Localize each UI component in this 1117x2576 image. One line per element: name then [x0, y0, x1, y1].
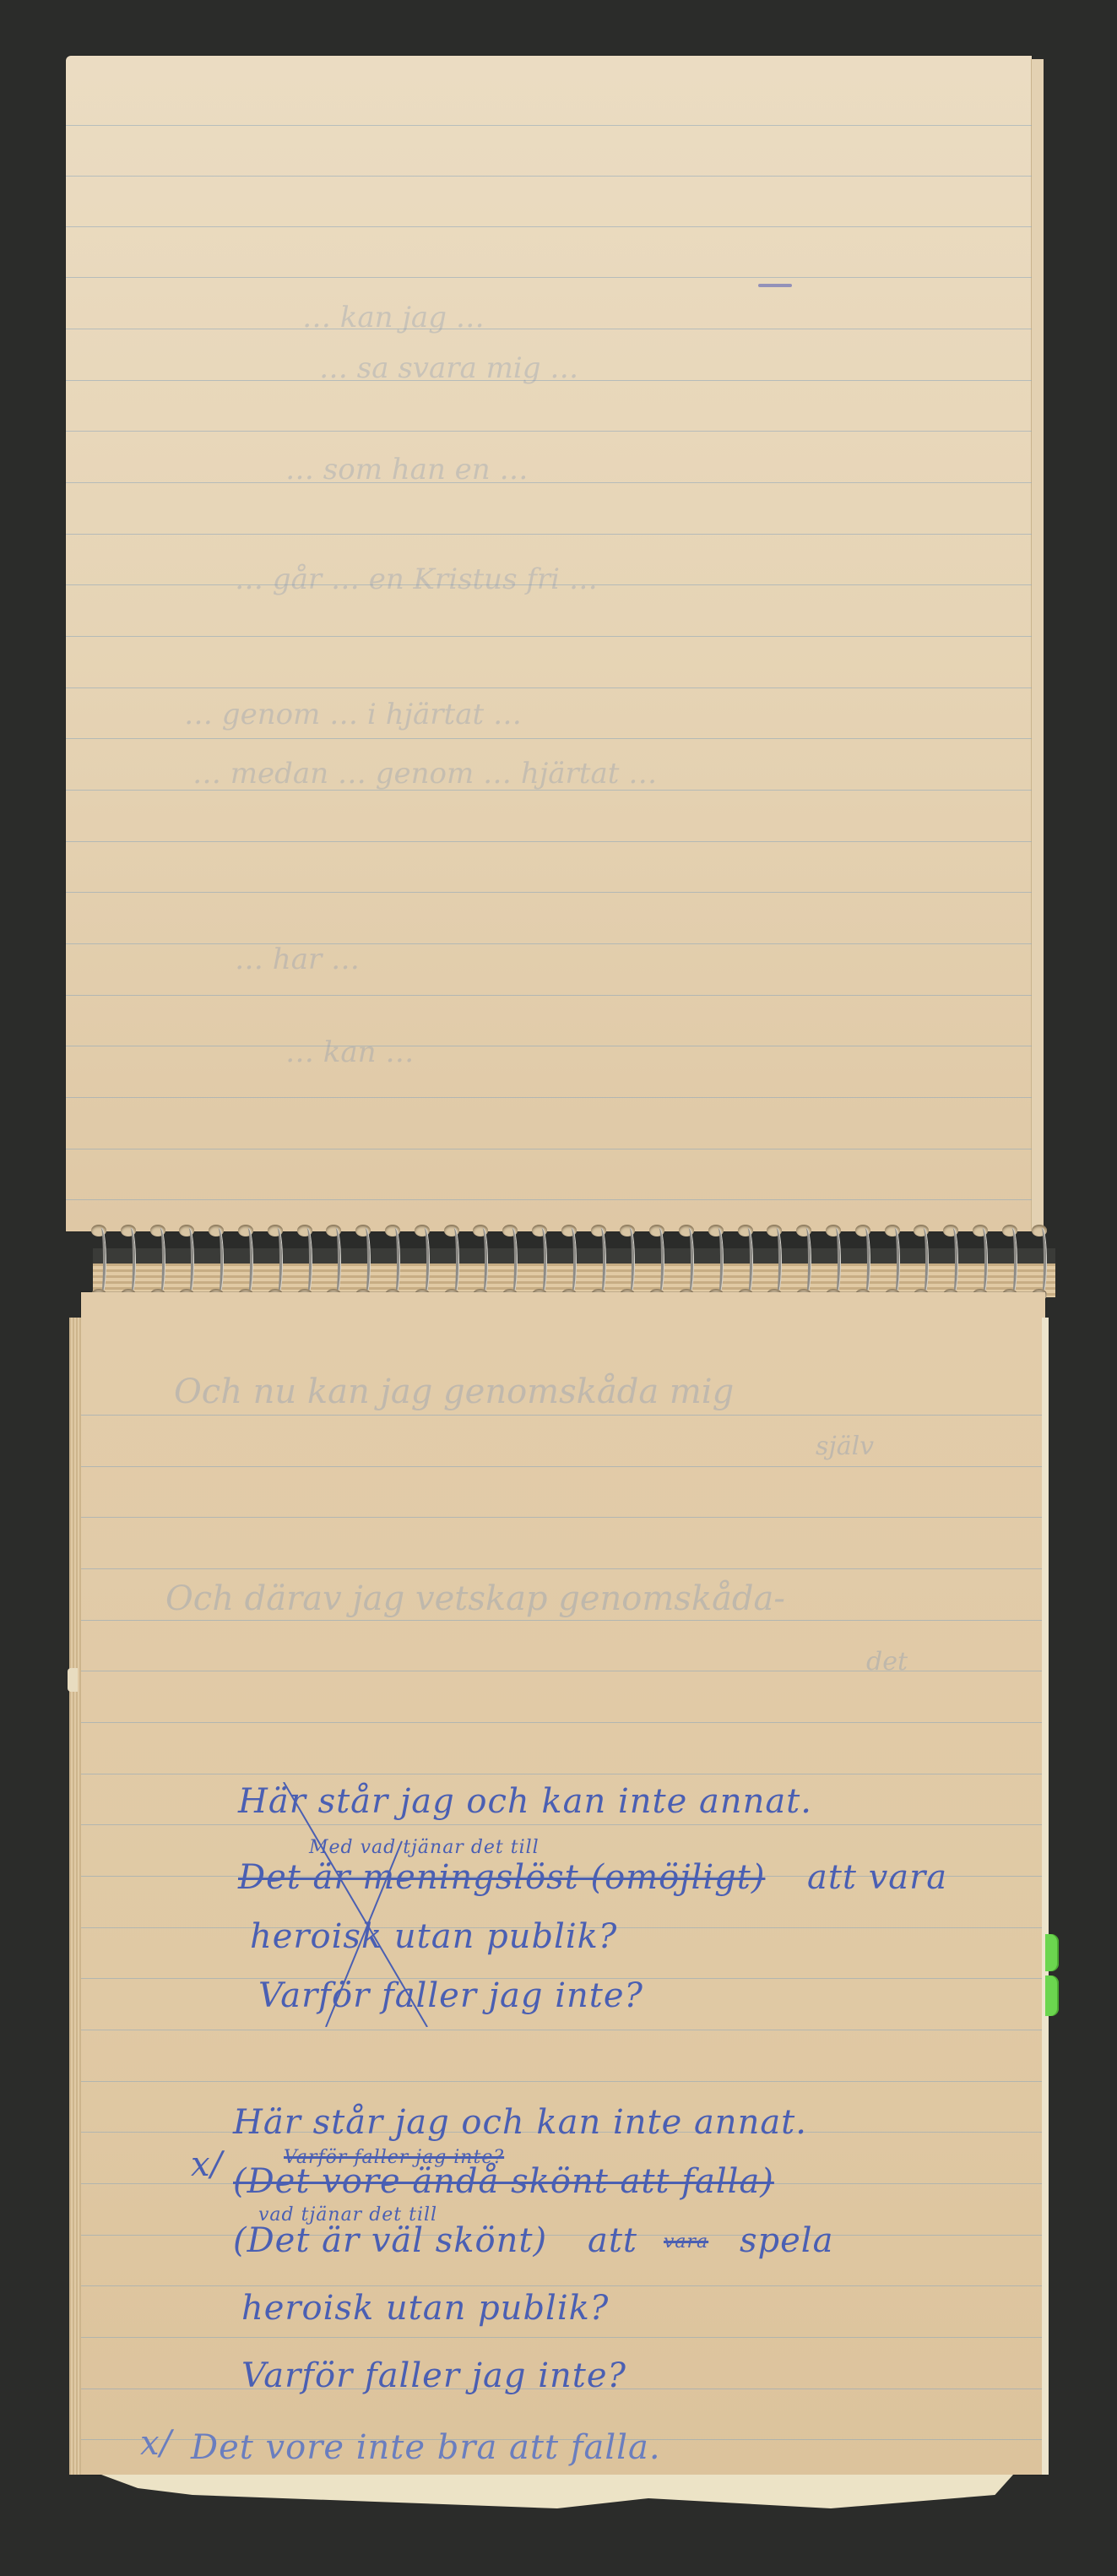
ruled-line — [66, 431, 1032, 432]
spiral-coil — [1006, 1223, 1017, 1299]
ghost-text-line: … kan … — [285, 1035, 414, 1069]
ruled-line — [81, 1774, 1045, 1774]
ruled-line — [66, 738, 1032, 739]
ink-smudge — [758, 284, 792, 287]
ghost-text-line: … medan … genom … hjärtat … — [192, 757, 657, 791]
ruled-line — [66, 176, 1032, 177]
top-notebook-page: … kan jag … … sa svara mig … … som han e… — [66, 56, 1032, 1231]
spiral-coil — [301, 1223, 312, 1299]
spiral-coil — [565, 1223, 577, 1299]
page-stack-edge — [1031, 59, 1044, 1231]
ruled-line — [66, 226, 1032, 227]
ruled-line — [66, 1097, 1032, 1098]
footnote-marker: x/ — [140, 2424, 172, 2463]
spiral-coil — [241, 1223, 253, 1299]
ruled-line — [66, 1149, 1032, 1149]
ruled-line — [81, 1415, 1045, 1416]
footnote-text: Det vore inte bra att falla. — [191, 2428, 661, 2467]
spiral-binding — [76, 1223, 1055, 1299]
spiral-coil — [623, 1223, 635, 1299]
ruled-line — [81, 2235, 1045, 2236]
draft-line: heroisk utan publik? — [241, 2289, 609, 2328]
spiral-coil — [741, 1223, 753, 1299]
ruled-line — [81, 1466, 1045, 1467]
spiral-coil — [682, 1223, 694, 1299]
draft-line: spela — [740, 2221, 833, 2260]
ruled-line — [81, 1722, 1045, 1723]
spiral-coil — [418, 1223, 430, 1299]
ruled-line — [66, 995, 1032, 996]
spiral-coil — [1035, 1223, 1047, 1299]
spiral-coil — [946, 1223, 958, 1299]
spiral-coil — [182, 1223, 194, 1299]
ruled-line — [66, 329, 1032, 329]
ruled-line — [66, 841, 1032, 842]
ruled-line — [81, 1824, 1045, 1825]
ghost-text-line: … har … — [235, 943, 360, 976]
ruled-line — [81, 1568, 1045, 1569]
ghost-text-line: … går … en Kristus fri … — [235, 562, 598, 596]
ruled-line — [66, 1199, 1032, 1200]
ruled-line — [81, 2285, 1045, 2286]
draft-line: Varför faller jag inte? — [241, 2356, 626, 2395]
ruled-line — [81, 2081, 1045, 2082]
ruled-line — [66, 277, 1032, 278]
ruled-line — [66, 534, 1032, 535]
spiral-coil — [476, 1223, 488, 1299]
spiral-coil — [770, 1223, 782, 1299]
ruled-line — [66, 636, 1032, 637]
spiral-coil — [800, 1223, 811, 1299]
ruled-line — [66, 943, 1032, 944]
ghost-text-line: … sa svara mig … — [319, 351, 578, 385]
spiral-coil — [447, 1223, 459, 1299]
spiral-coil — [976, 1223, 988, 1299]
pencil-text-line: Och nu kan jag genomskåda mig — [174, 1372, 734, 1411]
pencil-text-line: själv — [816, 1432, 874, 1461]
page-stack-edge — [69, 1318, 81, 2475]
page-stack-right — [1042, 1318, 1049, 2475]
footnote-marker: x/ — [191, 2145, 223, 2184]
ruled-line — [81, 1620, 1045, 1621]
spiral-coil — [329, 1223, 341, 1299]
spiral-coil — [859, 1223, 870, 1299]
draft-line: att — [588, 2221, 637, 2260]
ruled-line — [81, 2337, 1045, 2338]
ruled-line — [81, 1517, 1045, 1518]
ruled-line — [66, 1046, 1032, 1046]
draft-line: att vara — [807, 1858, 947, 1897]
ruled-line — [66, 482, 1032, 483]
ruled-line — [66, 892, 1032, 893]
spiral-coil — [388, 1223, 400, 1299]
spiral-coil — [653, 1223, 664, 1299]
spiral-coil — [917, 1223, 929, 1299]
bottom-notebook-page: Och nu kan jag genomskåda mig själv Och … — [81, 1292, 1045, 2475]
spiral-coil — [95, 1223, 106, 1299]
struck-text: vara — [664, 2231, 708, 2253]
struck-text: (Det vore ändå skönt att falla) — [233, 2162, 774, 2201]
ghost-text-line: … kan jag … — [302, 301, 485, 334]
pencil-text-line: det — [866, 1647, 908, 1677]
spiral-coil — [535, 1223, 547, 1299]
spiral-coil — [888, 1223, 900, 1299]
spiral-coil — [829, 1223, 841, 1299]
ruled-line — [66, 687, 1032, 688]
torn-paper-edge — [101, 2475, 1013, 2508]
spiral-coil — [124, 1223, 136, 1299]
cross-out-x-mark — [275, 1782, 444, 2027]
spiral-coil — [506, 1223, 518, 1299]
green-index-tab[interactable] — [1045, 1975, 1059, 2016]
green-index-tab[interactable] — [1045, 1934, 1059, 1971]
paper-scrap — [68, 1668, 78, 1692]
spiral-coil — [712, 1223, 724, 1299]
ruled-line — [66, 125, 1032, 126]
ghost-text-line: … genom … i hjärtat … — [184, 698, 522, 731]
spiral-coil — [212, 1223, 224, 1299]
spiral-coil — [359, 1223, 371, 1299]
draft-line: (Det är väl skönt) — [233, 2221, 547, 2260]
ruled-line — [81, 2030, 1045, 2030]
draft-line: Här står jag och kan inte annat. — [233, 2103, 807, 2142]
spiral-coil — [594, 1223, 606, 1299]
ghost-text-line: … som han en … — [285, 453, 528, 486]
spiral-coil — [154, 1223, 165, 1299]
spiral-coil — [271, 1223, 283, 1299]
pencil-text-line: Och därav jag vetskap genomskåda- — [165, 1579, 785, 1618]
